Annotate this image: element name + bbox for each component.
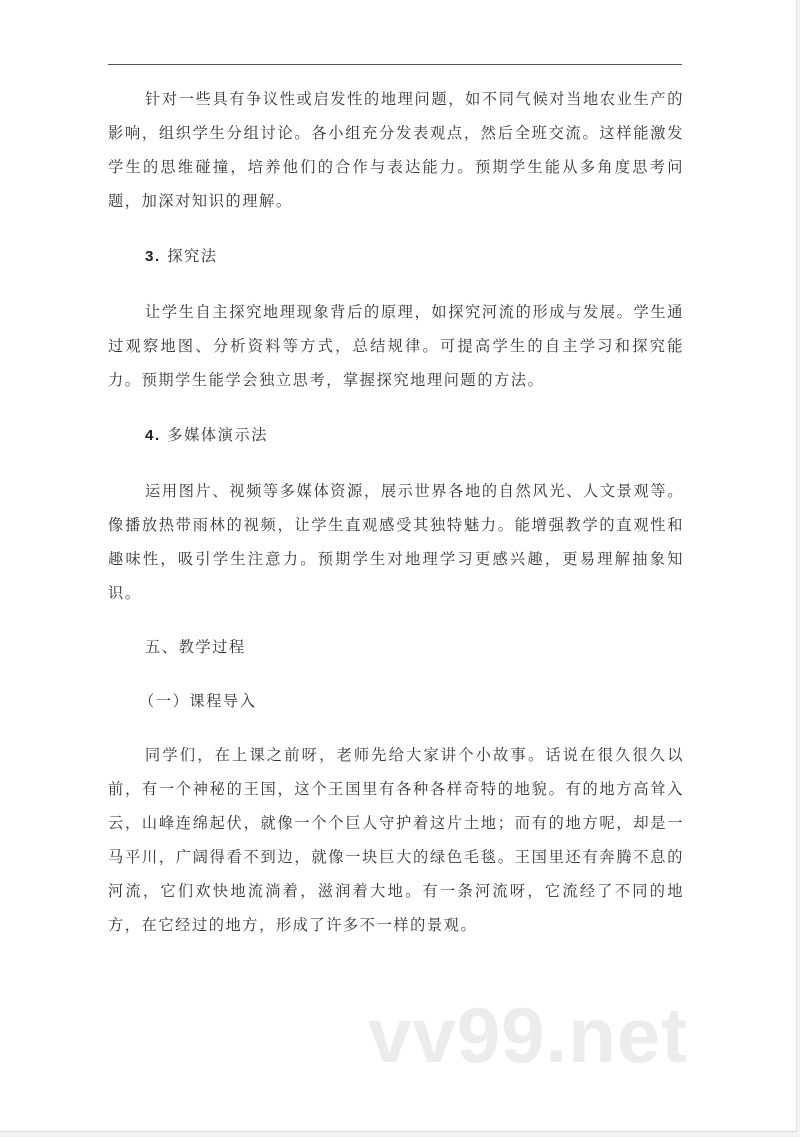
- header-rule: [108, 64, 682, 65]
- document-body: 针对一些具有争议性或启发性的地理问题，如不同气候对当地农业生产的影响，组织学生分…: [108, 82, 684, 942]
- heading-course-intro: （一）课程导入: [108, 684, 684, 718]
- heading-multimedia-method: 4. 多媒体演示法: [108, 418, 684, 453]
- paragraph-discussion-method: 针对一些具有争议性或启发性的地理问题，如不同气候对当地农业生产的影响，组织学生分…: [108, 82, 684, 218]
- paragraph-multimedia-method: 运用图片、视频等多媒体资源，展示世界各地的自然风光、人文景观等。像播放热带雨林的…: [108, 474, 684, 610]
- heading-teaching-process: 五、教学过程: [108, 630, 684, 664]
- heading-text: 探究法: [167, 247, 217, 265]
- heading-number: 4.: [145, 427, 161, 444]
- paragraph-inquiry-method: 让学生自主探究地理现象背后的原理，如探究河流的形成与发展。学生通过观察地图、分析…: [108, 295, 684, 397]
- heading-inquiry-method: 3. 探究法: [108, 239, 684, 274]
- document-page: 针对一些具有争议性或启发性的地理问题，如不同气候对当地农业生产的影响，组织学生分…: [0, 0, 797, 1132]
- watermark: vv99.net: [368, 990, 688, 1081]
- heading-text: 多媒体演示法: [167, 426, 268, 444]
- heading-number: 3.: [145, 248, 161, 265]
- paragraph-course-intro: 同学们，在上课之前呀，老师先给大家讲个小故事。话说在很久很久以前，有一个神秘的王…: [108, 738, 684, 942]
